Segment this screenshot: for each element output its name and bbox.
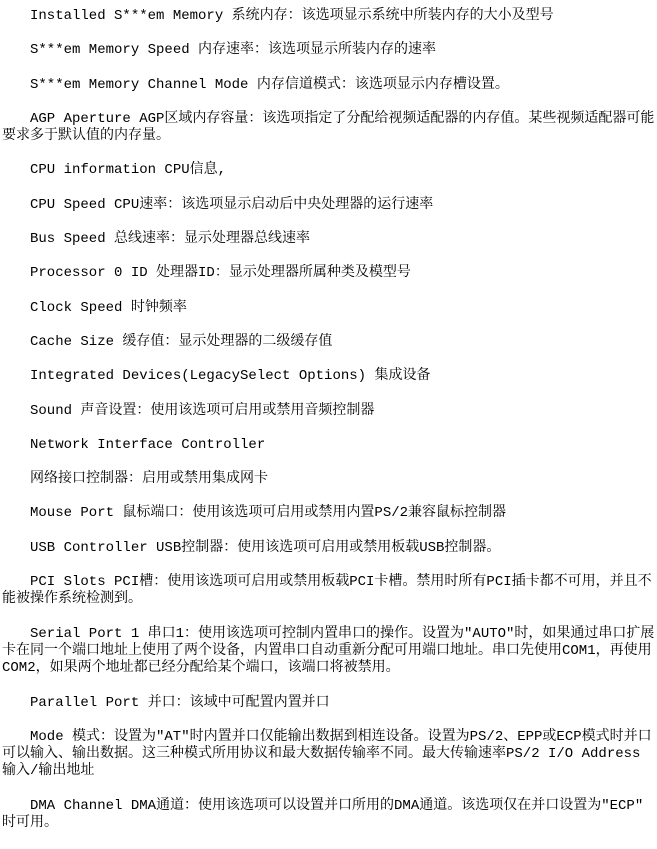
paragraph-19: Parallel Port 并口：该域中可配置内置并口 xyxy=(2,695,655,712)
paragraph-6: CPU Speed CPU速率：该选项显示启动后中央处理器的运行速率 xyxy=(2,197,655,214)
paragraph-8: Processor 0 ID 处理器ID：显示处理器所属种类及模型号 xyxy=(2,265,655,282)
paragraph-5: CPU information CPU信息, xyxy=(2,162,655,179)
paragraph-7: Bus Speed 总线速率：显示处理器总线速率 xyxy=(2,231,655,248)
paragraph-2: S***em Memory Speed 内存速率：该选项显示所装内存的速率 xyxy=(2,42,655,59)
paragraph-20: Mode 模式：设置为″AT″时内置并口仅能输出数据到相连设备。设置为PS/2、… xyxy=(2,729,655,781)
paragraph-1: Installed S***em Memory 系统内存：该选项显示系统中所装内… xyxy=(2,8,655,25)
paragraph-17: PCI Slots PCI槽：使用该选项可启用或禁用板载PCI卡槽。禁用时所有P… xyxy=(2,574,655,609)
paragraph-16: USB Controller USB控制器：使用该选项可启用或禁用板载USB控制… xyxy=(2,540,655,557)
paragraph-14: 网络接口控制器：启用或禁用集成网卡 xyxy=(2,471,655,488)
paragraph-21: DMA Channel DMA通道：使用该选项可以设置并口所用的DMA通道。该选… xyxy=(2,798,655,833)
paragraph-9: Clock Speed 时钟频率 xyxy=(2,300,655,317)
paragraph-18: Serial Port 1 串口1：使用该选项可控制内置串口的操作。设置为″AU… xyxy=(2,626,655,678)
document-body: Installed S***em Memory 系统内存：该选项显示系统中所装内… xyxy=(0,0,657,849)
paragraph-3: S***em Memory Channel Mode 内存信道模式：该选项显示内… xyxy=(2,77,655,94)
paragraph-4: AGP Aperture AGP区域内存容量：该选项指定了分配给视频适配器的内存… xyxy=(2,111,655,146)
paragraph-13: Network Interface Controller xyxy=(2,437,655,454)
paragraph-15: Mouse Port 鼠标端口：使用该选项可启用或禁用内置PS/2兼容鼠标控制器 xyxy=(2,505,655,522)
paragraph-10: Cache Size 缓存值：显示处理器的二级缓存值 xyxy=(2,334,655,351)
paragraph-12: Sound 声音设置：使用该选项可启用或禁用音频控制器 xyxy=(2,403,655,420)
paragraph-11: Integrated Devices(LegacySelect Options)… xyxy=(2,368,655,385)
